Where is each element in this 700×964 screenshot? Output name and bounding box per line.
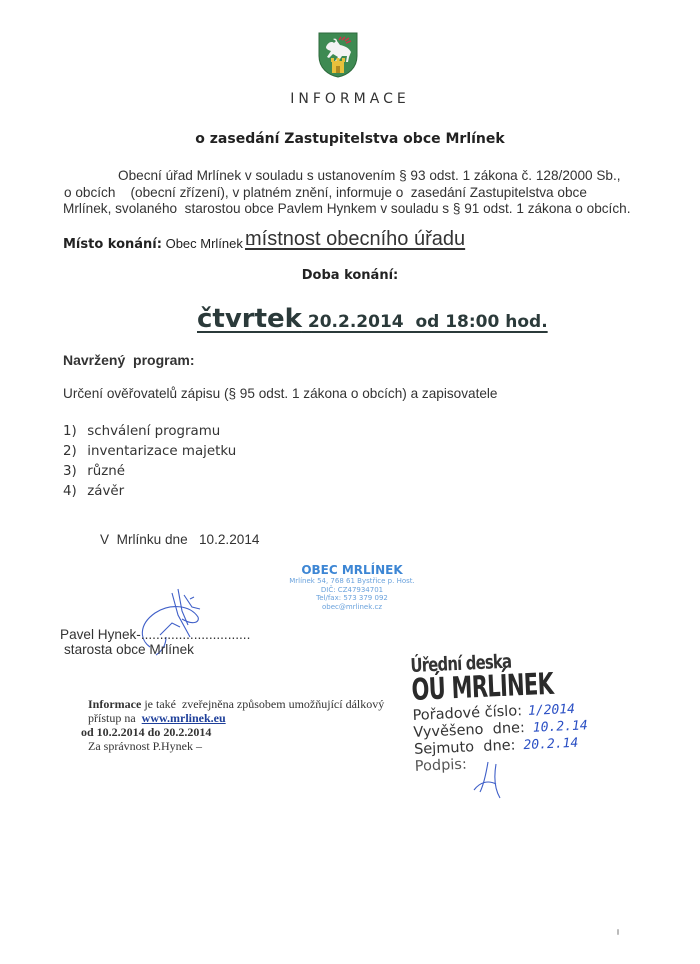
intro-line-2: o obcích (obecní zřízení), v platném zně…: [64, 185, 587, 200]
footer-verified-by: Za správnost P.Hynek –: [88, 739, 202, 754]
scan-speck: [617, 929, 619, 935]
meeting-place-value: místnost obecního úřadu: [245, 228, 465, 251]
footer-publication-period: od 10.2.2014 do 20.2.2014: [81, 725, 211, 740]
meeting-date-time: čtvrtek 20.2.2014 od 18:00 hod.: [197, 304, 548, 334]
stamp-address: Mrlínek 54, 768 61 Bystřice p. Host.: [282, 577, 422, 586]
document-title: INFORMACE: [0, 91, 700, 107]
agenda-list: 1) schválení programu 2) inventarizace m…: [63, 422, 236, 502]
meeting-place-label: Místo konání: Obec Mrlínek –: [63, 236, 254, 252]
meeting-day: čtvrtek: [197, 304, 302, 334]
place-and-date: V Mrlínku dne 10.2.2014: [100, 532, 259, 547]
signer-role: starosta obce Mrlínek: [64, 642, 194, 657]
stamp-tax-id: DIČ: CZ47934701: [282, 586, 422, 595]
stamp-email: obec@mrlinek.cz: [282, 603, 422, 612]
agenda-item: 4) závěr: [63, 482, 236, 502]
meeting-time-label: Doba konání:: [0, 268, 700, 283]
initials-signature-icon: [470, 760, 510, 800]
agenda-item: 2) inventarizace majetku: [63, 442, 236, 462]
stamp-title: OBEC MRLÍNEK: [282, 564, 422, 577]
coat-of-arms-icon: [318, 32, 358, 78]
notice-board-office: OÚ MRLÍNEK: [411, 667, 554, 708]
program-heading: Navržený program:: [63, 352, 194, 368]
intro-line-3: Mrlínek, svolaného starostou obce Pavlem…: [63, 201, 630, 216]
agenda-item: 3) různé: [63, 462, 236, 482]
website-link[interactable]: www.mrlinek.eu: [142, 711, 226, 725]
official-stamp: OBEC MRLÍNEK Mrlínek 54, 768 61 Bystřice…: [282, 564, 422, 611]
agenda-item: 1) schválení programu: [63, 422, 236, 442]
intro-line-1: Obecní úřad Mrlínek v souladu s ustanove…: [118, 168, 621, 183]
place-label-text: Místo konání:: [63, 237, 162, 252]
notice-board-stamp: Úřední deska OÚ MRLÍNEK Pořadové číslo:1…: [410, 646, 617, 775]
stamp-phone: Tel/fax: 573 379 092: [282, 594, 422, 603]
place-prefix: Obec Mrlínek –: [162, 236, 254, 251]
document-subtitle: o zasedání Zastupitelstva obce Mrlínek: [0, 131, 700, 147]
footer-line-2: přístup na www.mrlinek.eu: [88, 711, 226, 726]
signer-name: Pavel Hynek-............................…: [60, 627, 250, 642]
program-intro: Určení ověřovatelů zápisu (§ 95 odst. 1 …: [63, 386, 498, 401]
footer-line-1: Informace je také zveřejněna způsobem um…: [88, 697, 384, 712]
meeting-date-rest: 20.2.2014 od 18:00 hod.: [302, 312, 548, 332]
